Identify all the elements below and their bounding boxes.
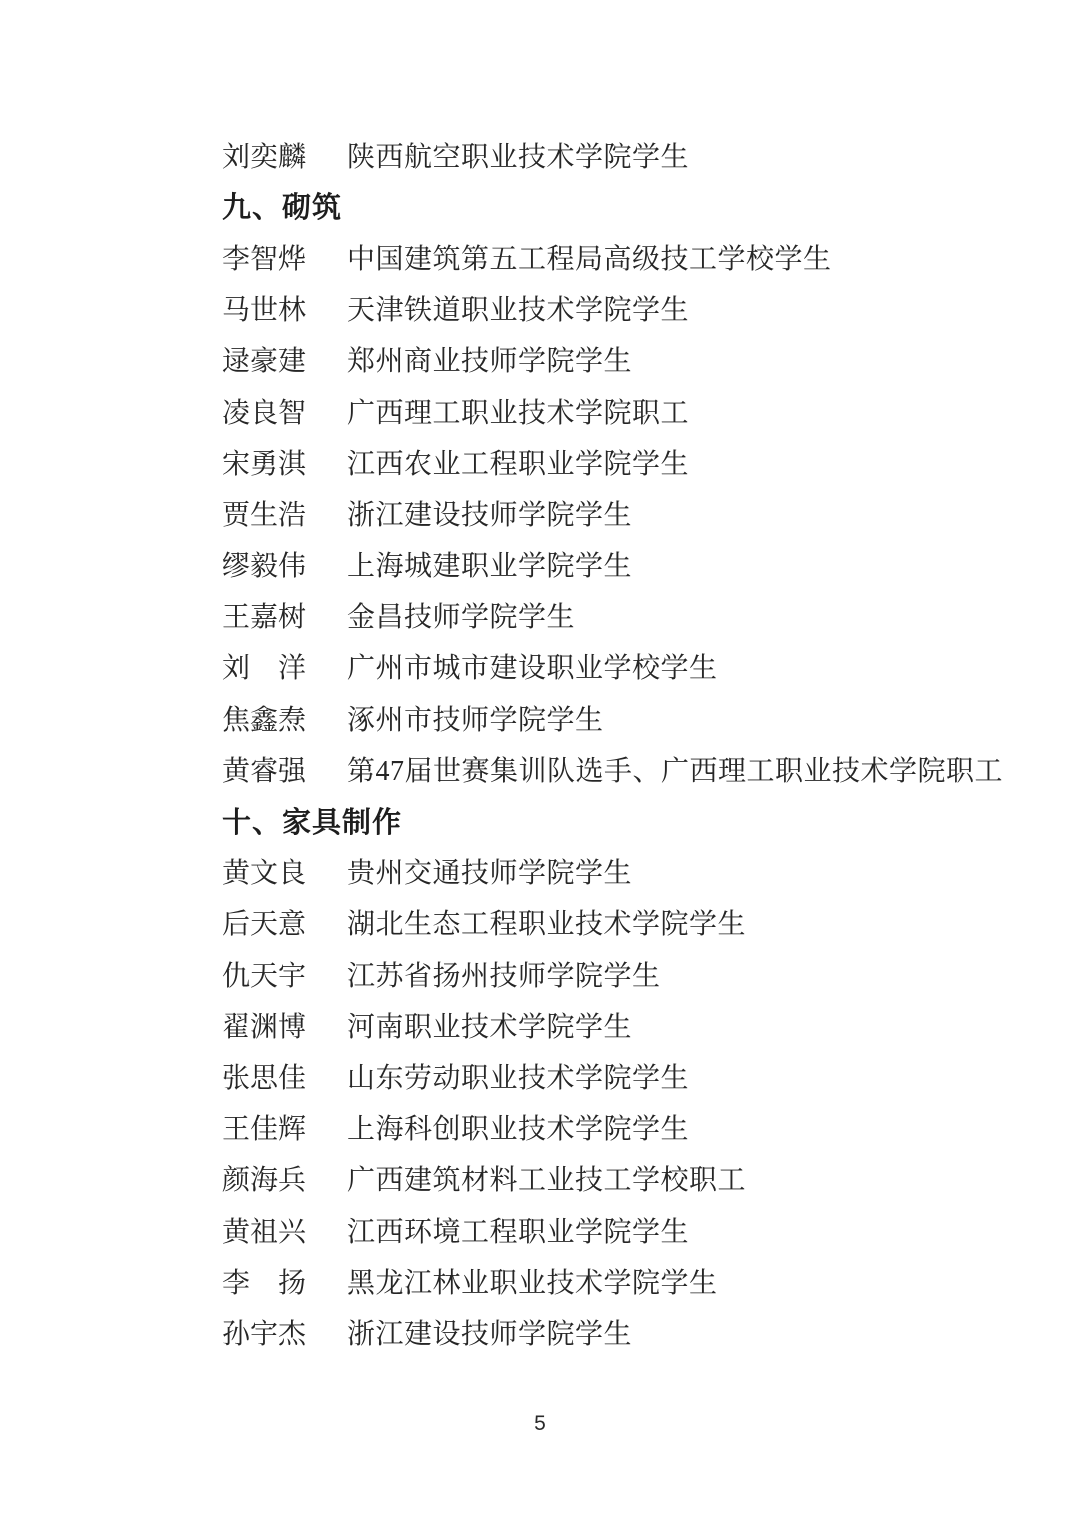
roster-row: 刘奕麟 陕西航空职业技术学院学生: [222, 129, 982, 180]
person-name: 孙宇杰: [222, 1312, 306, 1352]
person-affiliation: 山东劳动职业技术学院学生: [347, 1056, 689, 1096]
roster-row: 后天意 湖北生态工程职业技术学院学生: [222, 897, 982, 948]
person-affiliation: 河南职业技术学院学生: [347, 1005, 632, 1045]
person-name: 马世林: [222, 288, 306, 328]
person-name: 凌良智: [222, 391, 306, 431]
section-header: 九、砌筑: [222, 180, 982, 231]
page-number: 5: [0, 1412, 1080, 1436]
award-roster-list: 刘奕麟 陕西航空职业技术学院学生 九、砌筑 李智烨 中国建筑第五工程局高级技工学…: [222, 129, 982, 1358]
person-name: 宋勇淇: [222, 442, 306, 482]
person-name: 刘奕麟: [222, 135, 306, 175]
person-name: 黄文良: [222, 851, 306, 891]
person-name: 王佳辉: [222, 1107, 306, 1147]
roster-row: 李 扬 黑龙江林业职业技术学院学生: [222, 1255, 982, 1306]
person-affiliation: 金昌技师学院学生: [347, 595, 575, 635]
roster-row: 翟渊博 河南职业技术学院学生: [222, 999, 982, 1050]
person-affiliation: 贵州交通技师学院学生: [347, 851, 632, 891]
person-name: 李 扬: [222, 1261, 306, 1301]
person-affiliation: 上海科创职业技术学院学生: [347, 1107, 689, 1147]
person-name: 缪毅伟: [222, 544, 306, 584]
person-name: 逯豪建: [222, 339, 306, 379]
roster-row: 凌良智 广西理工职业技术学院职工: [222, 385, 982, 436]
roster-row: 仇天宇 江苏省扬州技师学院学生: [222, 948, 982, 999]
roster-row: 逯豪建 郑州商业技师学院学生: [222, 334, 982, 385]
person-name: 张思佳: [222, 1056, 306, 1096]
roster-row: 缪毅伟 上海城建职业学院学生: [222, 539, 982, 590]
person-name: 焦鑫焘: [222, 698, 306, 738]
person-affiliation: 郑州商业技师学院学生: [347, 339, 632, 379]
roster-row: 王佳辉 上海科创职业技术学院学生: [222, 1102, 982, 1153]
roster-row: 黄文良 贵州交通技师学院学生: [222, 846, 982, 897]
roster-row: 李智烨 中国建筑第五工程局高级技工学校学生: [222, 231, 982, 282]
person-affiliation: 江苏省扬州技师学院学生: [347, 954, 661, 994]
person-affiliation: 陕西航空职业技术学院学生: [347, 135, 689, 175]
roster-row: 黄祖兴 江西环境工程职业学院学生: [222, 1204, 982, 1255]
person-name: 仇天宇: [222, 954, 306, 994]
person-affiliation: 浙江建设技师学院学生: [347, 1312, 632, 1352]
roster-row: 张思佳 山东劳动职业技术学院学生: [222, 1050, 982, 1101]
person-affiliation: 江西环境工程职业学院学生: [347, 1210, 689, 1250]
person-name: 贾生浩: [222, 493, 306, 533]
roster-row: 刘 洋 广州市城市建设职业学校学生: [222, 641, 982, 692]
person-name: 翟渊博: [222, 1005, 306, 1045]
roster-row: 颜海兵 广西建筑材料工业技工学校职工: [222, 1153, 982, 1204]
person-affiliation: 第47届世赛集训队选手、广西理工职业技术学院职工: [347, 749, 1003, 789]
person-affiliation: 湖北生态工程职业技术学院学生: [347, 902, 746, 942]
person-affiliation: 涿州市技师学院学生: [347, 698, 604, 738]
person-affiliation: 天津铁道职业技术学院学生: [347, 288, 689, 328]
section-header: 十、家具制作: [222, 794, 982, 845]
roster-row: 焦鑫焘 涿州市技师学院学生: [222, 692, 982, 743]
person-name: 李智烨: [222, 237, 306, 277]
person-affiliation: 江西农业工程职业学院学生: [347, 442, 689, 482]
person-affiliation: 黑龙江林业职业技术学院学生: [347, 1261, 718, 1301]
person-affiliation: 浙江建设技师学院学生: [347, 493, 632, 533]
roster-row: 马世林 天津铁道职业技术学院学生: [222, 283, 982, 334]
person-name: 黄睿强: [222, 749, 306, 789]
roster-row: 宋勇淇 江西农业工程职业学院学生: [222, 436, 982, 487]
document-page: 刘奕麟 陕西航空职业技术学院学生 九、砌筑 李智烨 中国建筑第五工程局高级技工学…: [0, 0, 1080, 1528]
person-affiliation: 上海城建职业学院学生: [347, 544, 632, 584]
person-affiliation: 广州市城市建设职业学校学生: [347, 646, 718, 686]
roster-row: 黄睿强 第47届世赛集训队选手、广西理工职业技术学院职工: [222, 743, 982, 794]
person-affiliation: 中国建筑第五工程局高级技工学校学生: [347, 237, 832, 277]
person-affiliation: 广西建筑材料工业技工学校职工: [347, 1158, 746, 1198]
person-affiliation: 广西理工职业技术学院职工: [347, 391, 689, 431]
person-name: 黄祖兴: [222, 1210, 306, 1250]
roster-row: 贾生浩 浙江建设技师学院学生: [222, 487, 982, 538]
person-name: 后天意: [222, 902, 306, 942]
person-name: 王嘉树: [222, 595, 306, 635]
roster-row: 孙宇杰 浙江建设技师学院学生: [222, 1306, 982, 1357]
person-name: 刘 洋: [222, 646, 306, 686]
roster-row: 王嘉树 金昌技师学院学生: [222, 590, 982, 641]
person-name: 颜海兵: [222, 1158, 306, 1198]
